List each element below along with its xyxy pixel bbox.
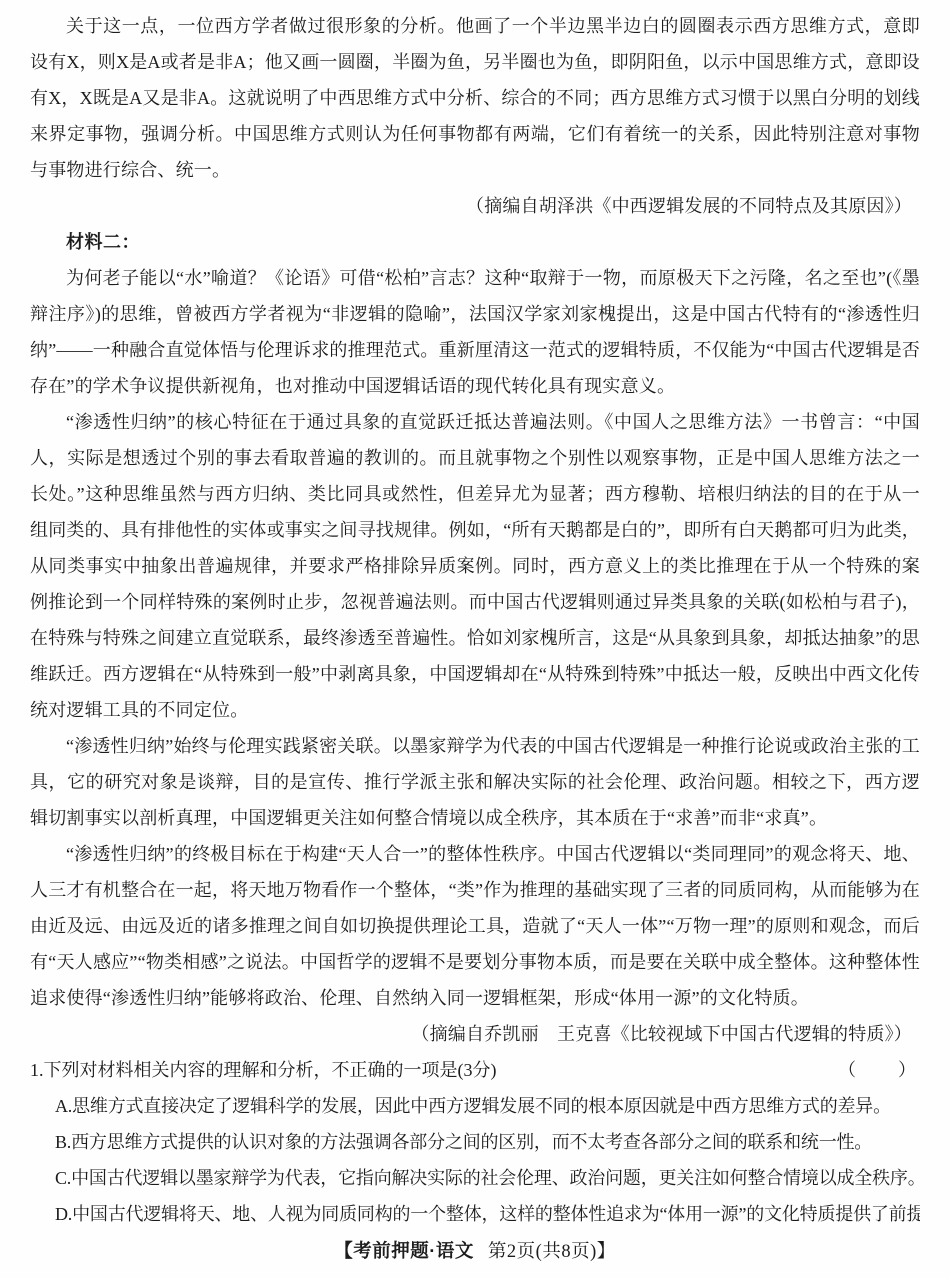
- material-2-paragraph-3: “渗透性归纳”始终与伦理实践紧密关联。以墨家辩学为代表的中国古代逻辑是一种推行论…: [30, 728, 920, 836]
- question-1-option-a: A.思维方式直接决定了逻辑科学的发展，因此中西方逻辑发展不同的根本原因就是中西方…: [30, 1088, 920, 1124]
- question-1-option-d: D.中国古代逻辑将天、地、人视为同质同构的一个整体，这样的整体性追求为“体用一源…: [30, 1196, 920, 1232]
- page-footer: 【考前押题·语文第2页(共8页)】: [30, 1234, 920, 1269]
- question-1-answer-bracket: （ ）: [838, 1052, 920, 1088]
- footer-exam-title: 【考前押题·语文: [334, 1240, 474, 1261]
- question-1-option-b: B.西方思维方式提供的认识对象的方法强调各部分之间的区别，而不太考查各部分之间的…: [30, 1124, 920, 1160]
- source-citation-2: （摘编自乔凯丽 王克喜《比较视域下中国古代逻辑的特质》）: [30, 1016, 920, 1052]
- material-2-paragraph-1: 为何老子能以“水”喻道？《论语》可借“松柏”言志？这种“取辩于一物，而原极天下之…: [30, 260, 920, 404]
- question-1: 1.下列对材料相关内容的理解和分析，不正确的一项是(3分) （ ）: [30, 1052, 920, 1088]
- exam-page: 关于这一点，一位西方学者做过很形象的分析。他画了一个半边黑半边白的圆圈表示西方思…: [0, 0, 950, 1278]
- material-2-heading: 材料二：: [30, 224, 920, 260]
- source-citation-1: （摘编自胡泽洪《中西逻辑发展的不同特点及其原因》）: [30, 188, 920, 224]
- question-1-option-c: C.中国古代逻辑以墨家辩学为代表，它指向解决实际的社会伦理、政治问题，更关注如何…: [30, 1160, 920, 1196]
- continued-intro-paragraph: 关于这一点，一位西方学者做过很形象的分析。他画了一个半边黑半边白的圆圈表示西方思…: [30, 8, 920, 188]
- material-2-paragraph-2: “渗透性归纳”的核心特征在于通过具象的直觉跃迁抵达普遍法则。《中国人之思维方法》…: [30, 404, 920, 728]
- material-2-paragraph-4: “渗透性归纳”的终极目标在于构建“天人合一”的整体性秩序。中国古代逻辑以“类同理…: [30, 836, 920, 1016]
- footer-page-number: 第2页(共8页)】: [488, 1242, 616, 1262]
- question-1-stem: 1.下列对材料相关内容的理解和分析，不正确的一项是(3分): [30, 1052, 838, 1088]
